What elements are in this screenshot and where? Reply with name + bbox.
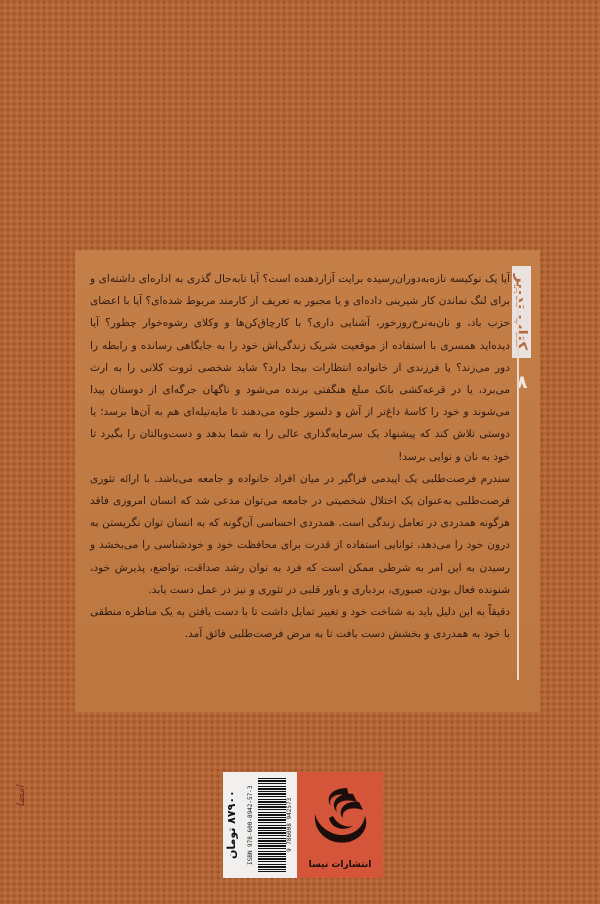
price-label: ۸۷۹۰۰ تومان — [225, 776, 247, 874]
publisher-name: انتشارات تیسا — [297, 860, 383, 870]
blurb-paragraph-3: دقیقاً به این دلیل باید به شناخت خود و ت… — [90, 601, 510, 645]
volume-number: ۸ — [512, 372, 532, 393]
barcode-publisher-block: ۸۷۹۰۰ تومان ISBN 978-600-8942-57-3 9 786… — [223, 772, 383, 878]
swirl-logo-icon — [309, 784, 371, 848]
blurb-paragraph-1: آیا یک نوکیسه تازه‌به‌دوران‌رسیده برایت … — [90, 268, 510, 468]
series-title: کتاب تدبیر — [513, 274, 531, 350]
vertical-divider — [517, 286, 519, 680]
handwritten-signature: امضا — [14, 725, 38, 807]
blurb-paragraph-2: سندرم فرصت‌طلبی یک اپیدمی فراگیر در میان… — [90, 468, 510, 601]
publisher-logo-box: انتشارات تیسا — [297, 772, 383, 878]
barcode-bars-icon — [258, 778, 286, 872]
series-title-box: کتاب تدبیر — [512, 266, 531, 358]
barcode-label: ۸۷۹۰۰ تومان ISBN 978-600-8942-57-3 9 786… — [223, 772, 297, 878]
blurb-text: آیا یک نوکیسه تازه‌به‌دوران‌رسیده برایت … — [90, 268, 510, 645]
ean-digits: 9 786008 942573 — [286, 776, 295, 874]
isbn-text: ISBN 978-600-8942-57-3 — [247, 776, 257, 874]
